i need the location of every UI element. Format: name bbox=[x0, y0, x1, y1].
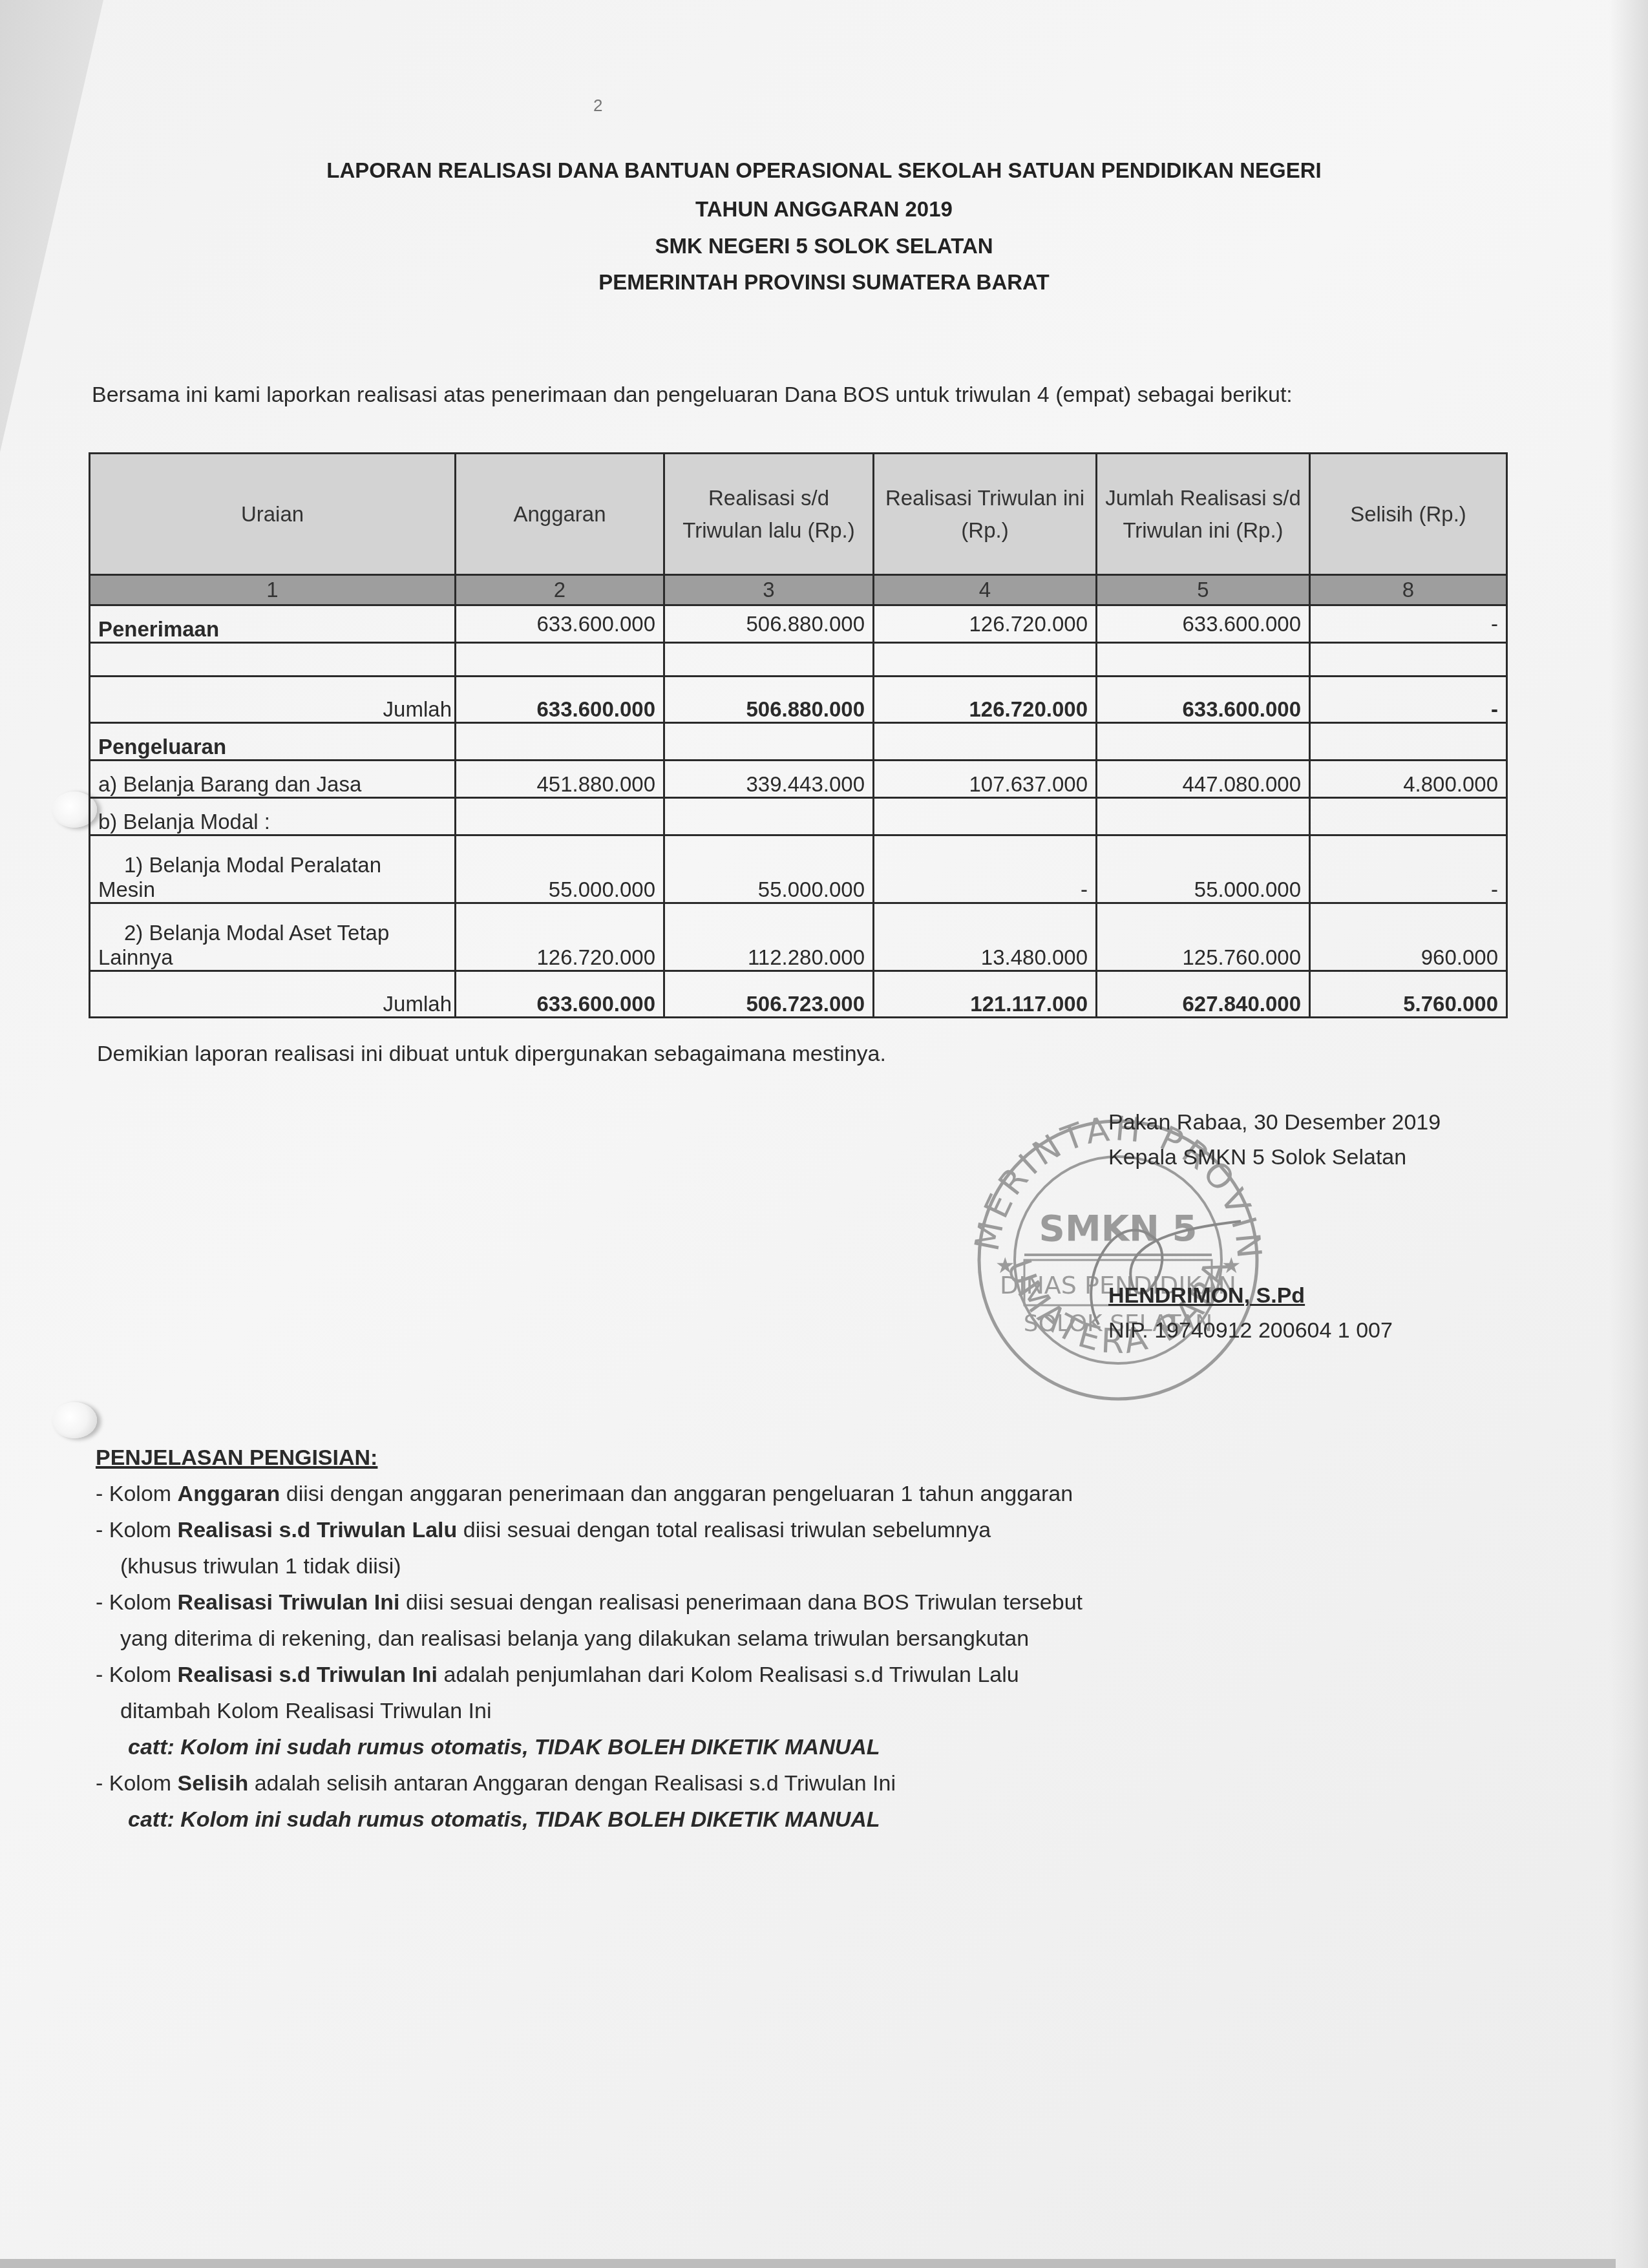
instruction-continuation: (khusus triwulan 1 tidak diisi) bbox=[96, 1548, 1083, 1584]
realisasi-lalu-cell bbox=[664, 798, 874, 835]
svg-text:SMKN 5: SMKN 5 bbox=[1039, 1208, 1198, 1250]
instruction-continuation: ditambah Kolom Realisasi Triwulan Ini bbox=[96, 1693, 1083, 1729]
realisasi-lalu-cell: 55.000.000 bbox=[664, 835, 874, 903]
scanned-page: 2 LAPORAN REALISASI DANA BANTUAN OPERASI… bbox=[0, 0, 1648, 2268]
instruction-item: - Kolom Anggaran diisi dengan anggaran p… bbox=[96, 1476, 1083, 1512]
jumlah-realisasi-cell: 633.600.000 bbox=[1097, 677, 1310, 723]
realisasi-ini-cell bbox=[874, 798, 1097, 835]
selisih-cell: - bbox=[1310, 835, 1507, 903]
anggaran-cell bbox=[456, 643, 664, 677]
column-header: Selisih (Rp.) bbox=[1310, 454, 1507, 575]
table-header-row: Uraian Anggaran Realisasi s/d Triwulan l… bbox=[90, 454, 1507, 575]
page-fold-shadow bbox=[0, 0, 103, 452]
jumlah-realisasi-cell: 633.600.000 bbox=[1097, 605, 1310, 643]
column-number: 2 bbox=[456, 575, 664, 605]
column-number: 8 bbox=[1310, 575, 1507, 605]
anggaran-cell: 126.720.000 bbox=[456, 903, 664, 971]
column-number: 3 bbox=[664, 575, 874, 605]
realisasi-lalu-cell bbox=[664, 723, 874, 761]
realisasi-lalu-cell: 339.443.000 bbox=[664, 761, 874, 798]
uraian-cell bbox=[90, 643, 456, 677]
closing-statement: Demikian laporan realisasi ini dibuat un… bbox=[97, 1042, 886, 1067]
page-edge-shadow bbox=[1609, 0, 1648, 2268]
government-name: PEMERINTAH PROVINSI SUMATERA BARAT bbox=[0, 270, 1648, 295]
column-header: Jumlah Realisasi s/d Triwulan ini (Rp.) bbox=[1097, 454, 1310, 575]
uraian-cell: 2) Belanja Modal Aset TetapLainnya bbox=[90, 903, 456, 971]
uraian-cell: Penerimaan bbox=[90, 605, 456, 643]
intro-text: Bersama ini kami laporkan realisasi atas… bbox=[92, 383, 1293, 408]
svg-text:★: ★ bbox=[995, 1254, 1015, 1278]
column-header: Anggaran bbox=[456, 454, 664, 575]
school-name: SMK NEGERI 5 SOLOK SELATAN bbox=[0, 234, 1648, 258]
page-mark: 2 bbox=[593, 96, 602, 116]
jumlah-realisasi-cell bbox=[1097, 798, 1310, 835]
realisasi-lalu-cell: 112.280.000 bbox=[664, 903, 874, 971]
selisih-cell: 960.000 bbox=[1310, 903, 1507, 971]
uraian-cell: a) Belanja Barang dan Jasa bbox=[90, 761, 456, 798]
selisih-cell: - bbox=[1310, 677, 1507, 723]
table-row bbox=[90, 643, 1507, 677]
realization-table: Uraian Anggaran Realisasi s/d Triwulan l… bbox=[89, 452, 1508, 1018]
table-row: a) Belanja Barang dan Jasa451.880.000339… bbox=[90, 761, 1507, 798]
table-row: Pengeluaran bbox=[90, 723, 1507, 761]
jumlah-realisasi-cell: 627.840.000 bbox=[1097, 971, 1310, 1018]
punch-hole-icon bbox=[52, 1402, 97, 1438]
uraian-cell: 1) Belanja Modal PeralatanMesin bbox=[90, 835, 456, 903]
selisih-cell bbox=[1310, 643, 1507, 677]
uraian-cell: Jumlah bbox=[90, 971, 456, 1018]
column-header: Realisasi s/d Triwulan lalu (Rp.) bbox=[664, 454, 874, 575]
realisasi-ini-cell: 121.117.000 bbox=[874, 971, 1097, 1018]
anggaran-cell: 451.880.000 bbox=[456, 761, 664, 798]
realisasi-ini-cell: 107.637.000 bbox=[874, 761, 1097, 798]
report-title: LAPORAN REALISASI DANA BANTUAN OPERASION… bbox=[0, 158, 1648, 183]
instruction-item: - Kolom Realisasi Triwulan Ini diisi ses… bbox=[96, 1584, 1083, 1621]
selisih-cell: - bbox=[1310, 605, 1507, 643]
selisih-cell: 4.800.000 bbox=[1310, 761, 1507, 798]
report-year: TAHUN ANGGARAN 2019 bbox=[0, 197, 1648, 222]
realisasi-ini-cell: 13.480.000 bbox=[874, 903, 1097, 971]
page-bottom-edge bbox=[0, 2259, 1616, 2268]
column-number-row: 1 2 3 4 5 8 bbox=[90, 575, 1507, 605]
column-header: Realisasi Triwulan ini (Rp.) bbox=[874, 454, 1097, 575]
jumlah-realisasi-cell bbox=[1097, 643, 1310, 677]
realisasi-ini-cell bbox=[874, 643, 1097, 677]
anggaran-cell bbox=[456, 723, 664, 761]
instruction-item: - Kolom Realisasi s.d Triwulan Lalu diis… bbox=[96, 1512, 1083, 1548]
realisasi-lalu-cell: 506.880.000 bbox=[664, 677, 874, 723]
realisasi-ini-cell bbox=[874, 723, 1097, 761]
svg-text:★: ★ bbox=[1221, 1254, 1241, 1278]
instructions-heading: PENJELASAN PENGISIAN: bbox=[96, 1440, 1083, 1476]
signature-block: Pakan Rabaa, 30 Desember 2019 Kepala SMK… bbox=[1108, 1105, 1441, 1175]
realisasi-ini-cell: 126.720.000 bbox=[874, 605, 1097, 643]
instruction-item: - Kolom Realisasi s.d Triwulan Ini adala… bbox=[96, 1657, 1083, 1693]
uraian-cell: Jumlah bbox=[90, 677, 456, 723]
instruction-note: catt: Kolom ini sudah rumus otomatis, TI… bbox=[96, 1801, 1083, 1838]
column-number: 4 bbox=[874, 575, 1097, 605]
place-date: Pakan Rabaa, 30 Desember 2019 bbox=[1108, 1105, 1441, 1140]
anggaran-cell: 55.000.000 bbox=[456, 835, 664, 903]
uraian-cell: Pengeluaran bbox=[90, 723, 456, 761]
anggaran-cell: 633.600.000 bbox=[456, 605, 664, 643]
selisih-cell: 5.760.000 bbox=[1310, 971, 1507, 1018]
instruction-item: - Kolom Selisih adalah selisih antaran A… bbox=[96, 1765, 1083, 1801]
uraian-cell: b) Belanja Modal : bbox=[90, 798, 456, 835]
selisih-cell bbox=[1310, 798, 1507, 835]
table-row: Jumlah633.600.000506.723.000121.117.0006… bbox=[90, 971, 1507, 1018]
table-row: b) Belanja Modal : bbox=[90, 798, 1507, 835]
realisasi-ini-cell: 126.720.000 bbox=[874, 677, 1097, 723]
column-header: Uraian bbox=[90, 454, 456, 575]
realisasi-lalu-cell bbox=[664, 643, 874, 677]
jumlah-realisasi-cell bbox=[1097, 723, 1310, 761]
table-row: 1) Belanja Modal PeralatanMesin55.000.00… bbox=[90, 835, 1507, 903]
anggaran-cell bbox=[456, 798, 664, 835]
anggaran-cell: 633.600.000 bbox=[456, 677, 664, 723]
realisasi-ini-cell: - bbox=[874, 835, 1097, 903]
signer-name: HENDRIMON, S.Pd bbox=[1108, 1283, 1305, 1308]
table-row: 2) Belanja Modal Aset TetapLainnya126.72… bbox=[90, 903, 1507, 971]
column-number: 1 bbox=[90, 575, 456, 605]
selisih-cell bbox=[1310, 723, 1507, 761]
jumlah-realisasi-cell: 55.000.000 bbox=[1097, 835, 1310, 903]
table-row: Jumlah633.600.000506.880.000126.720.0006… bbox=[90, 677, 1507, 723]
signer-nip: NIP. 19740912 200604 1 007 bbox=[1108, 1318, 1393, 1343]
filling-instructions: PENJELASAN PENGISIAN: - Kolom Anggaran d… bbox=[96, 1440, 1083, 1838]
realisasi-lalu-cell: 506.880.000 bbox=[664, 605, 874, 643]
jumlah-realisasi-cell: 125.760.000 bbox=[1097, 903, 1310, 971]
instruction-note: catt: Kolom ini sudah rumus otomatis, TI… bbox=[96, 1729, 1083, 1765]
column-number: 5 bbox=[1097, 575, 1310, 605]
jumlah-realisasi-cell: 447.080.000 bbox=[1097, 761, 1310, 798]
anggaran-cell: 633.600.000 bbox=[456, 971, 664, 1018]
table-row: Penerimaan633.600.000506.880.000126.720.… bbox=[90, 605, 1507, 643]
instruction-continuation: yang diterima di rekening, dan realisasi… bbox=[96, 1621, 1083, 1657]
signer-position: Kepala SMKN 5 Solok Selatan bbox=[1108, 1140, 1441, 1175]
realisasi-lalu-cell: 506.723.000 bbox=[664, 971, 874, 1018]
